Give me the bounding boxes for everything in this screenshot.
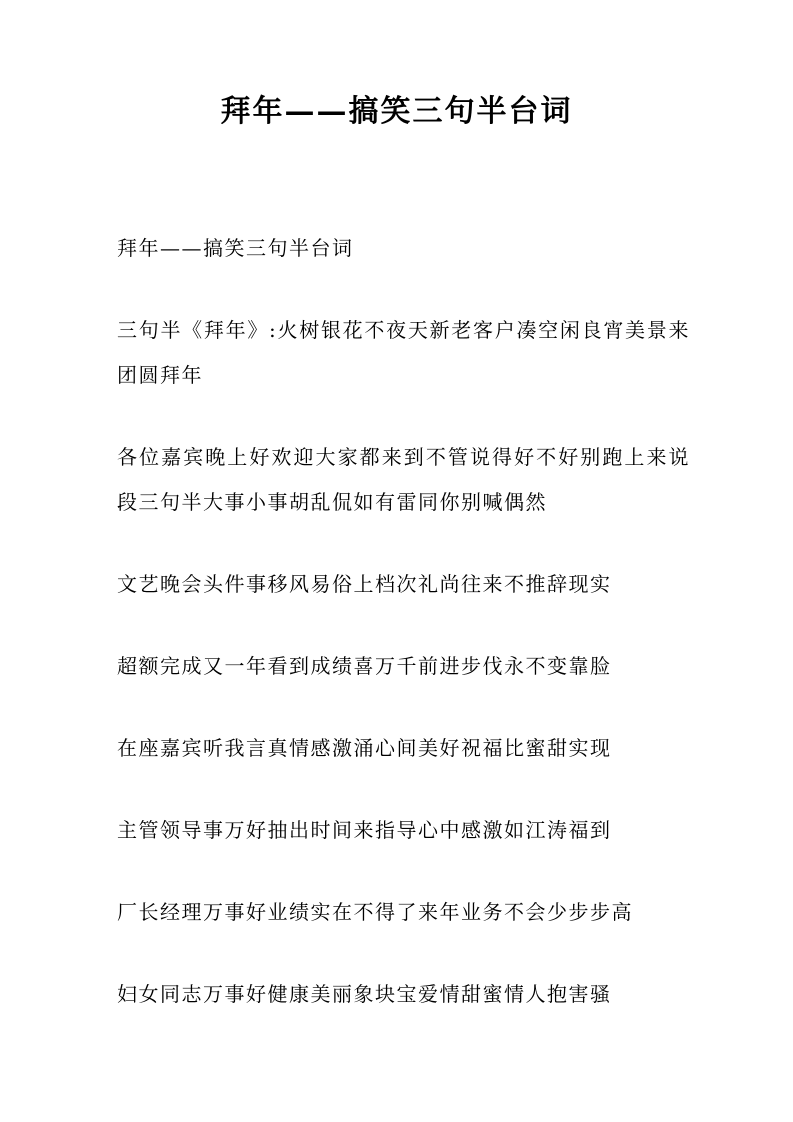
- paragraph: 妇女同志万事好健康美丽象块宝爱情甜蜜情人抱害骚: [117, 972, 690, 1017]
- document-page: 拜年——搞笑三句半台词 拜年——搞笑三句半台词 三句半《拜年》:火树银花不夜天新…: [0, 0, 793, 1122]
- paragraph: 主管领导事万好抽出时间来指导心中感激如江涛福到: [117, 808, 690, 853]
- paragraph: 文艺晚会头件事移风易俗上档次礼尚往来不推辞现实: [117, 562, 690, 607]
- document-body: 拜年——搞笑三句半台词 三句半《拜年》:火树银花不夜天新老客户凑空闲良宵美景来团…: [117, 226, 690, 1017]
- paragraph: 在座嘉宾听我言真情感激涌心间美好祝福比蜜甜实现: [117, 726, 690, 771]
- paragraph: 三句半《拜年》:火树银花不夜天新老客户凑空闲良宵美景来团圆拜年: [117, 308, 690, 398]
- paragraph: 超额完成又一年看到成绩喜万千前进步伐永不变靠脸: [117, 644, 690, 689]
- paragraph: 各位嘉宾晚上好欢迎大家都来到不管说得好不好别跑上来说段三句半大事小事胡乱侃如有雷…: [117, 435, 690, 525]
- document-title: 拜年——搞笑三句半台词: [0, 92, 793, 132]
- paragraph: 拜年——搞笑三句半台词: [117, 226, 690, 271]
- paragraph: 厂长经理万事好业绩实在不得了来年业务不会少步步高: [117, 890, 690, 935]
